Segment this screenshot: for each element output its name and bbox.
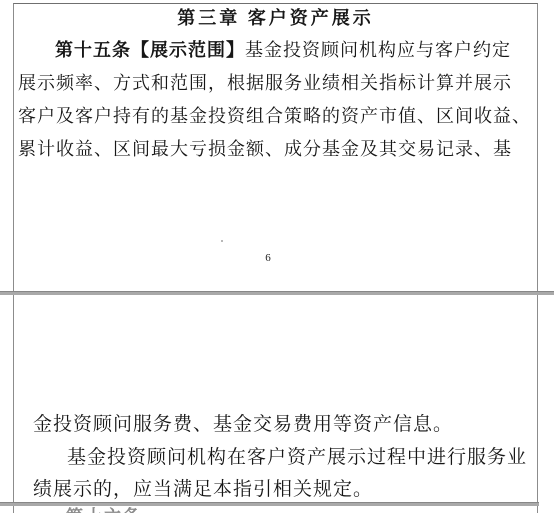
page-bottom-divider bbox=[0, 502, 539, 506]
article-label: 第十五条【展示范围】 bbox=[55, 40, 245, 60]
paragraph-line: 展示频率、方式和范围，根据服务业绩相关指标计算并展示 bbox=[18, 72, 533, 94]
scan-artifact-dot bbox=[221, 240, 223, 242]
document-viewer: 第三章 客户资产展示 第十五条【展示范围】基金投资顾问机构应与客户约定 展示频率… bbox=[0, 0, 554, 513]
paragraph-line: 第十五条【展示范围】基金投资顾问机构应与客户约定 bbox=[18, 39, 554, 61]
paragraph-line: 金投资顾问服务费、基金交易费用等资产信息。 bbox=[33, 413, 538, 436]
paragraph-text: 基金投资顾问机构应与客户约定 bbox=[245, 40, 511, 60]
page-number: 6 bbox=[0, 252, 536, 265]
paragraph-line: 客户及客户持有的基金投资组合策略的资产市值、区间收益、 bbox=[18, 105, 533, 127]
clipped-next-line: 第十六条 bbox=[66, 507, 146, 513]
paragraph-line: 基金投资顾问机构在客户资产展示过程中进行服务业 bbox=[33, 446, 554, 469]
chapter-heading: 第三章 客户资产展示 bbox=[13, 7, 538, 29]
paragraph-line: 绩展示的，应当满足本指引相关规定。 bbox=[33, 478, 538, 501]
paragraph-line: 累计收益、区间最大亏损金额、成分基金及其交易记录、基 bbox=[18, 138, 533, 160]
page-break-divider bbox=[0, 291, 554, 295]
